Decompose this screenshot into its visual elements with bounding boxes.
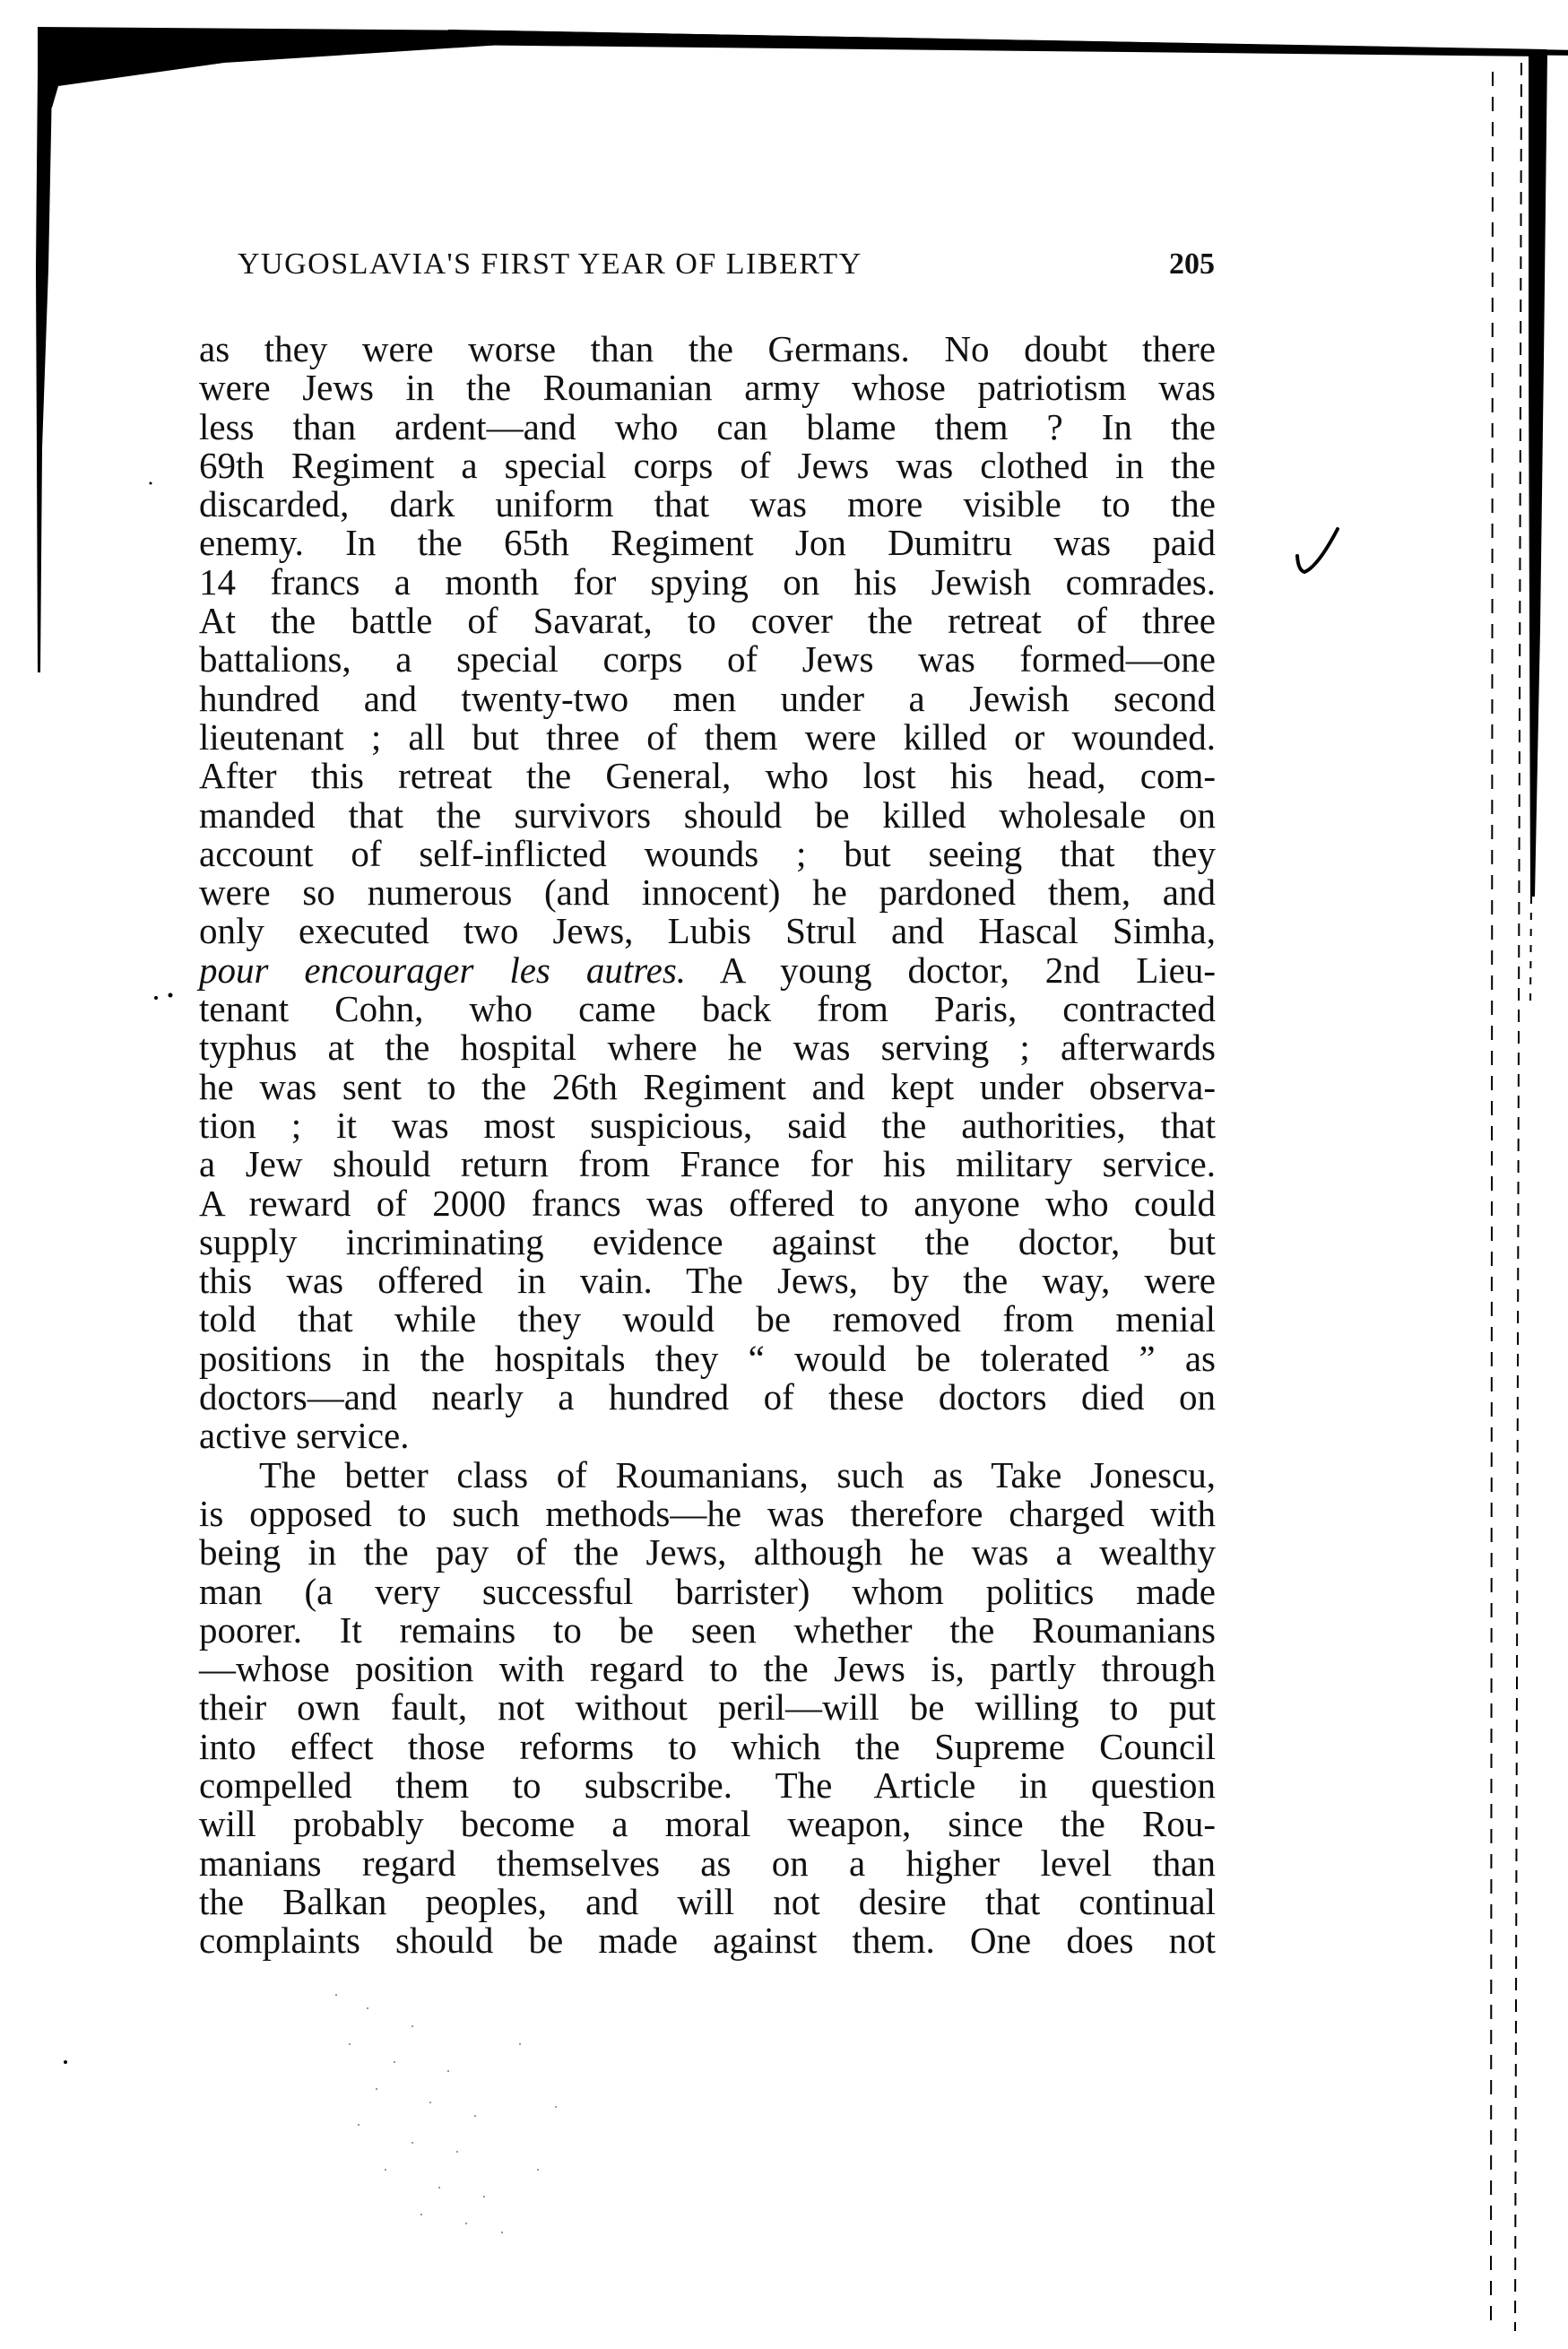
text-line: were so numerous (and innocent) he pardo… [199, 873, 1216, 912]
paragraph: as they were worse than the Germans. No … [199, 330, 1216, 1456]
text-line: he was sent to the 26th Regiment and kep… [199, 1068, 1216, 1106]
page-number: 205 [1169, 247, 1215, 282]
right-edge-line-inner [1491, 72, 1493, 2331]
text-line: as they were worse than the Germans. No … [199, 330, 1216, 368]
text-line: —whose position with regard to the Jews … [199, 1650, 1216, 1688]
text-line: 69th Regiment a special corps of Jews wa… [199, 446, 1216, 485]
body-text: as they were worse than the Germans. No … [199, 330, 1216, 1960]
top-edge-band [448, 30, 1546, 56]
text-line: the Balkan peoples, and will not desire … [199, 1883, 1216, 1921]
right-edge-line-outer [1515, 63, 1521, 2331]
right-edge-band [1529, 52, 1547, 897]
text-line: lieutenant ; all but three of them were … [199, 718, 1216, 757]
text-line: this was offered in vain. The Jews, by t… [199, 1261, 1216, 1300]
text-line: being in the pay of the Jews, although h… [199, 1533, 1216, 1572]
text-line: manians regard themselves as on a higher… [199, 1844, 1216, 1883]
text-line: discarded, dark uniform that was more vi… [199, 485, 1216, 524]
text-line: is opposed to such methods—he was theref… [199, 1495, 1216, 1533]
text-line: 14 francs a month for spying on his Jewi… [199, 563, 1216, 602]
text-line: At the battle of Savarat, to cover the r… [199, 602, 1216, 640]
text-line: A reward of 2000 francs was offered to a… [199, 1184, 1216, 1223]
text-line: manded that the survivors should be kill… [199, 796, 1216, 835]
text-line: pour encourager les autres. A young doct… [199, 951, 1216, 990]
left-edge-bar [36, 72, 52, 672]
text-line: The better class of Roumanians, such as … [199, 1456, 1216, 1495]
text-line: positions in the hospitals they “ would … [199, 1339, 1216, 1378]
text-line: their own fault, not without peril—will … [199, 1688, 1216, 1727]
paragraph: The better class of Roumanians, such as … [199, 1456, 1216, 1961]
text-line: a Jew should return from France for his … [199, 1145, 1216, 1183]
text-line: poorer. It remains to be seen whether th… [199, 1611, 1216, 1650]
text-line: tion ; it was most suspicious, said the … [199, 1106, 1216, 1145]
text-line: doctors—and nearly a hundred of these do… [199, 1378, 1216, 1417]
text-line: complaints should be made against them. … [199, 1921, 1216, 1960]
running-head-title: YUGOSLAVIA'S FIRST YEAR OF LIBERTY [238, 247, 862, 282]
text-line: told that while they would be removed fr… [199, 1300, 1216, 1339]
text-line: battalions, a special corps of Jews was … [199, 640, 1216, 679]
text-line: enemy. In the 65th Regiment Jon Dumitru … [199, 524, 1216, 562]
text-line: less than ardent—and who can blame them … [199, 408, 1216, 446]
text-line: only executed two Jews, Lubis Strul and … [199, 912, 1216, 950]
text-line: After this retreat the General, who lost… [199, 757, 1216, 795]
text-line: were Jews in the Roumanian army whose pa… [199, 368, 1216, 407]
text-line: typhus at the hospital where he was serv… [199, 1028, 1216, 1067]
text-line: into effect those reforms to which the S… [199, 1728, 1216, 1766]
right-edge-line-thin [1530, 897, 1531, 1004]
text-line: hundred and twenty-two men under a Jewis… [199, 680, 1216, 718]
text-line: will probably become a moral weapon, sin… [199, 1805, 1216, 1843]
text-line: man (a very successful barrister) whom p… [199, 1573, 1216, 1611]
text-line: compelled them to subscribe. The Article… [199, 1766, 1216, 1805]
text-line: active service. [199, 1417, 1216, 1455]
checkmark-icon [1297, 529, 1338, 572]
text-line: tenant Cohn, who came back from Paris, c… [199, 990, 1216, 1028]
running-head: YUGOSLAVIA'S FIRST YEAR OF LIBERTY 205 [238, 242, 1215, 282]
text-line: account of self-inflicted wounds ; but s… [199, 835, 1216, 873]
bleed-speckle [335, 1994, 557, 2233]
text-line: supply incriminating evidence against th… [199, 1223, 1216, 1261]
